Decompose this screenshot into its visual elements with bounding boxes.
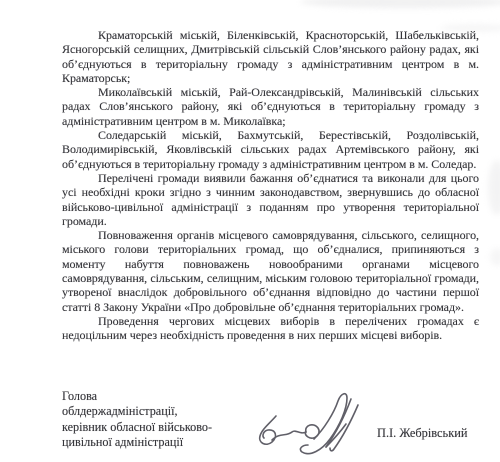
- paragraph-powers-termination: Повноваження органів місцевого самовряду…: [62, 228, 479, 314]
- paragraph-elections-conclusion: Проведення чергових місцевих виборів в п…: [62, 314, 479, 343]
- signer-name: П.І. Жебрівський: [377, 426, 468, 441]
- signoff-position-title: Голова облдержадміністрації, керівник об…: [62, 389, 252, 451]
- signoff-line: цивільної адміністрації: [62, 435, 252, 450]
- scanned-document-page: Краматорській міській, Біленківській, Кр…: [0, 0, 500, 462]
- paragraph-communities-mykolaivka: Миколаївській міській, Рай-Олександрівсь…: [62, 85, 479, 128]
- paragraph-merger-steps: Перелічені громади виявили бажання об’єд…: [62, 171, 479, 228]
- scan-smudge: [300, 0, 500, 8]
- signoff-line: керівник обласної військово-: [62, 420, 252, 435]
- scan-smudge: [490, 248, 500, 266]
- signoff-line: облдержадміністрації,: [62, 404, 252, 419]
- paragraph-communities-kramatorsk: Краматорській міській, Біленківській, Кр…: [62, 28, 479, 85]
- paragraph-communities-soledar: Соледарській міській, Бахмутській, Берес…: [62, 128, 479, 171]
- scan-smudge: [488, 160, 500, 215]
- handwritten-signature-icon: [250, 385, 368, 462]
- document-body: Краматорській міській, Біленківській, Кр…: [62, 28, 479, 343]
- signoff-line: Голова: [62, 389, 252, 404]
